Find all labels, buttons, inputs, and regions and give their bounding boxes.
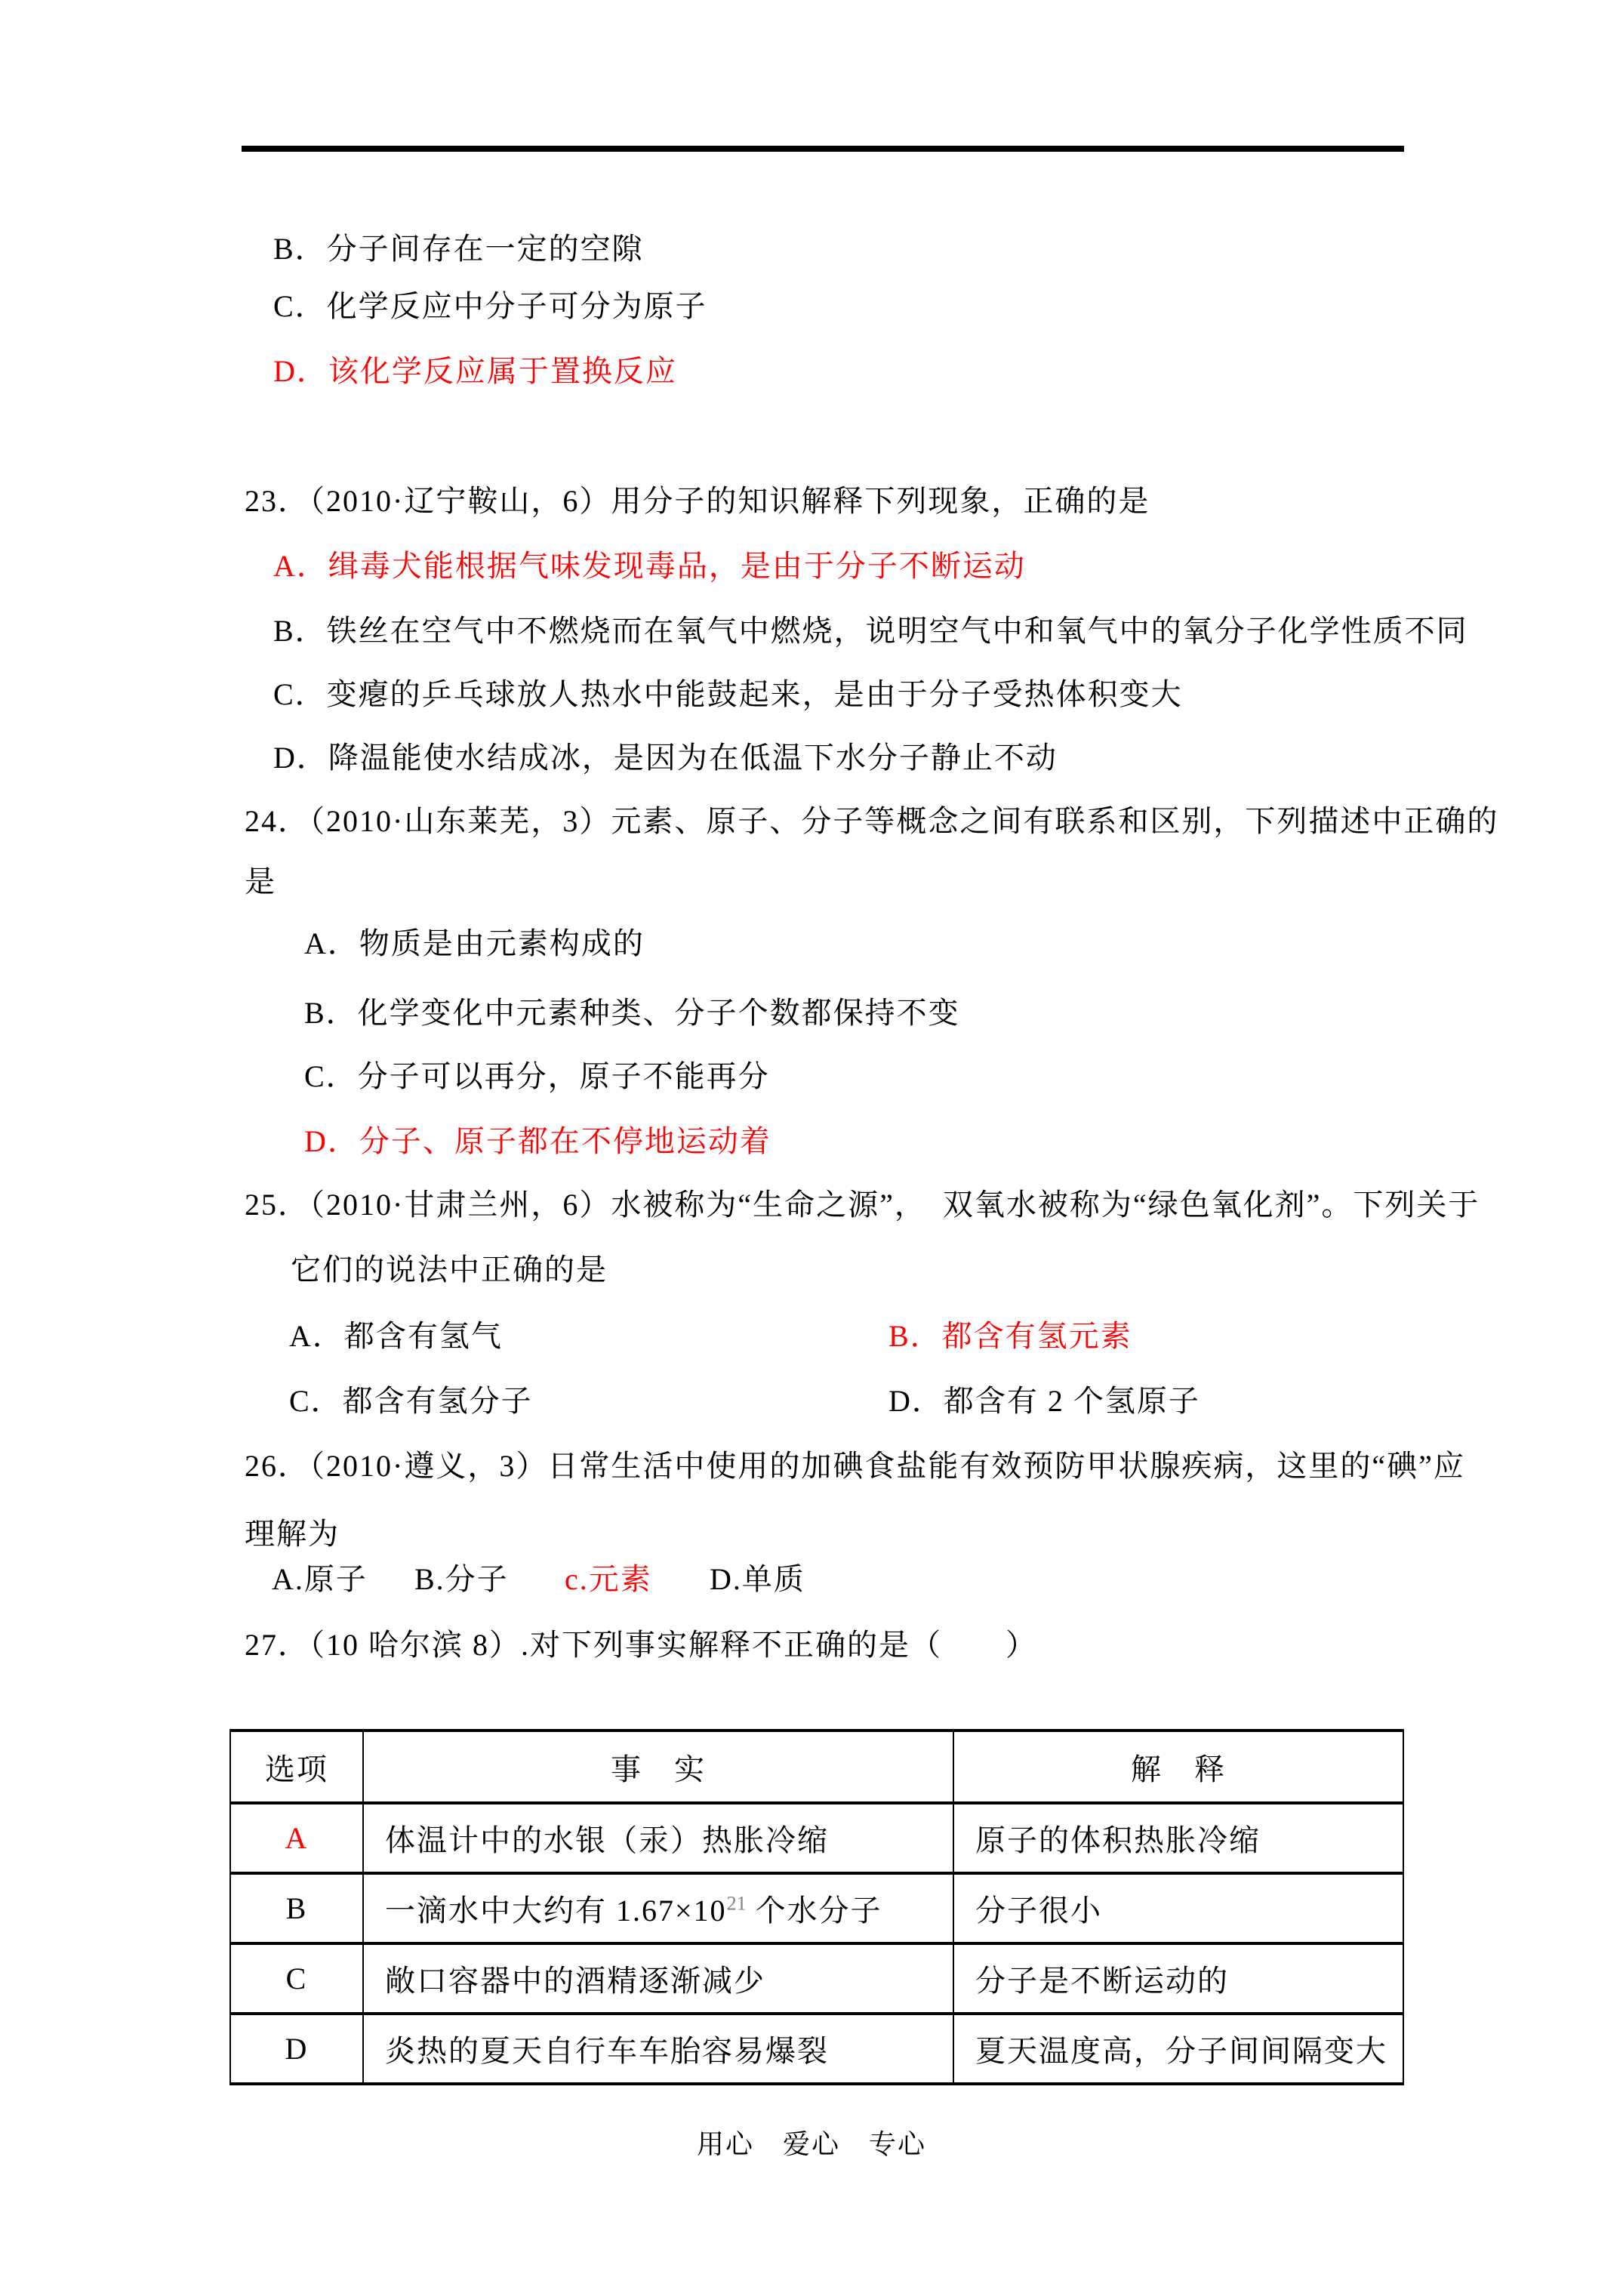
page-footer: 用心 爱心 专心 [0,2129,1623,2159]
q27-table-header-explanation: 解 释 [953,1730,1403,1803]
q27-stem: 27．（10 哈尔滨 8）.对下列事实解释不正确的是（ ） [245,1627,1037,1663]
q27-row-c-fact: 敞口容器中的酒精逐渐减少 [363,1943,953,2014]
q27-row-d-fact: 炎热的夏天自行车车胎容易爆裂 [363,2014,953,2084]
q27-row-b-fact-text: 一滴水中大约有 1.67×10 [385,1894,727,1928]
q26-option-d: D.单质 [710,1561,805,1598]
q27-table-header-fact: 事 实 [363,1730,953,1803]
q27-table-row-b: B 一滴水中大约有 1.67×1021 个水分子 分子很小 [230,1873,1403,1943]
q27-row-a-fact: 体温计中的水银（汞）热胀冷缩 [363,1803,953,1873]
header-rule [242,146,1404,152]
q27-table-row-d: D 炎热的夏天自行车车胎容易爆裂 夏天温度高，分子间间隔变大 [230,2014,1403,2084]
q27-table-row-c: C 敞口容器中的酒精逐渐减少 分子是不断运动的 [230,1943,1403,2014]
q27-row-b-exponent: 21 [727,1893,747,1915]
q27-table-row-a: A 体温计中的水银（汞）热胀冷缩 原子的体积热胀冷缩 [230,1803,1403,1873]
q22-option-d-answer: D．该化学反应属于置换反应 [273,353,677,390]
q23-stem: 23．（2010·辽宁鞍山，6）用分子的知识解释下列现象，正确的是 [245,483,1150,519]
q24-option-d-answer: D．分子、原子都在不停地运动着 [304,1123,771,1160]
q24-option-c: C．分子可以再分，原子不能再分 [304,1059,770,1095]
q27-row-c-label: C [230,1943,363,2014]
q24-stem-line2: 是 [245,864,276,900]
q24-stem-line1: 24．（2010·山东莱芜，3）元素、原子、分子等概念之间有联系和区别，下列描述… [245,803,1498,840]
q27-row-c-explanation: 分子是不断运动的 [953,1943,1403,2014]
q25-option-c: C．都含有氢分子 [289,1383,533,1419]
q26-option-a: A.原子 [272,1561,368,1598]
q27-row-b-fact: 一滴水中大约有 1.67×1021 个水分子 [363,1873,953,1943]
q26-option-b: B.分子 [414,1561,509,1598]
q23-option-b: B．铁丝在空气中不燃烧而在氧气中燃烧，说明空气中和氧气中的氧分子化学性质不同 [273,613,1468,649]
q27-row-d-label: D [230,2014,363,2084]
q27-row-b-label: B [230,1873,363,1943]
q27-table: 选项 事 实 解 释 A 体温计中的水银（汞）热胀冷缩 原子的体积热胀冷缩 B … [229,1729,1404,2085]
q27-table-header-option: 选项 [230,1730,363,1803]
document-page: B．分子间存在一定的空隙 C．化学反应中分子可分为原子 D．该化学反应属于置换反… [0,0,1623,2296]
q25-stem-line1: 25．（2010·甘肃兰州，6）水被称为“生命之源”， 双氧水被称为“绿色氧化剂… [245,1187,1480,1223]
q27-row-a-explanation: 原子的体积热胀冷缩 [953,1803,1403,1873]
q23-option-c: C．变瘪的乒乓球放人热水中能鼓起来，是由于分子受热体积变大 [273,676,1183,713]
q26-stem-line1: 26．（2010·遵义，3）日常生活中使用的加碘食盐能有效预防甲状腺疾病，这里的… [245,1448,1465,1484]
q24-option-a: A．物质是由元素构成的 [304,926,645,962]
q25-stem-line2: 它们的说法中正确的是 [291,1252,608,1288]
q27-table-header-row: 选项 事 实 解 释 [230,1730,1403,1803]
q22-option-b: B．分子间存在一定的空隙 [273,231,644,267]
q27-row-a-label-answer: A [230,1803,363,1873]
q27-row-b-fact-tail: 个水分子 [747,1894,882,1928]
q27-row-b-explanation: 分子很小 [953,1873,1403,1943]
q25-option-d: D．都含有 2 个氢原子 [888,1383,1200,1419]
q24-option-b: B．化学变化中元素种类、分子个数都保持不变 [304,995,960,1031]
q27-row-d-explanation: 夏天温度高，分子间间隔变大 [953,2014,1403,2084]
q23-option-d: D．降温能使水结成冰，是因为在低温下水分子静止不动 [273,740,1058,776]
q23-option-a-answer: A．缉毒犬能根据气味发现毒品，是由于分子不断运动 [273,548,1026,584]
q26-option-c-answer: c.元素 [565,1561,652,1598]
q25-option-a: A．都含有氢气 [289,1318,503,1354]
q25-option-b-answer: B．都含有氢元素 [888,1318,1132,1354]
q22-option-c: C．化学反应中分子可分为原子 [273,288,707,325]
q26-stem-line2: 理解为 [245,1516,340,1552]
